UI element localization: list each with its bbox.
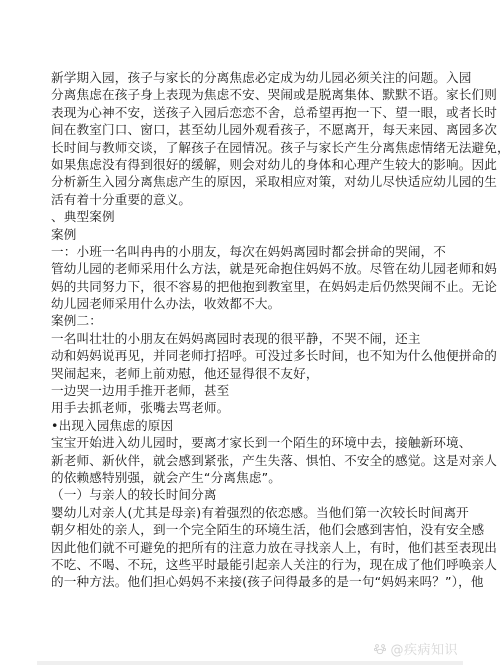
text-line: 朝夕相处的亲人，到一个完全陌生的环境生活，他们会感到害怕，没有安全感 <box>51 521 491 538</box>
section-heading: 、典型案例 <box>51 208 491 225</box>
text-line: 婴幼儿对亲人(尤其是母亲)有着强烈的依恋感。当他们第一次较长时间离开 <box>51 504 491 521</box>
text-line: 因此他们就不可避免的把所有的注意力放在寻找亲人上，有时，他们甚至表现出 <box>51 539 491 556</box>
text-line: 动和妈妈说再见，并同老师打招呼。可没过多长时间，也不知为什么他便拼命的 <box>51 347 491 364</box>
watermark-text: @疾病知识 <box>390 643 458 658</box>
text-line: 妈的共同努力下，很不容易的把他抱到教室里，在妈妈走后仍然哭闹不止。无论 <box>51 278 491 295</box>
text-line: 用手去抓老师，张嘴去骂老师。 <box>51 399 491 416</box>
text-line: 管幼儿园的老师采用什么方法，就是死命抱住妈妈不放。尽管在幼儿园老师和妈 <box>51 260 491 277</box>
text-line: 长时间与教师交谈，了解孩子在园情况。孩子与家长产生分离焦虑情绪无法避免， <box>51 139 491 156</box>
text-line: 间在教室门口、窗口，甚至幼儿园外观看孩子，不愿离开，每天来园、离园多次 <box>51 121 491 138</box>
document-body: 新学期入园，孩子与家长的分离焦虑必定成为幼儿园必须关注的问题。入园 分离焦虑在孩… <box>51 69 491 591</box>
text-line: 表现为心神不安，送孩子入园后恋恋不舍，总希望再抱一下、望一眼，或者长时 <box>51 104 491 121</box>
text-line: 一名叫壮壮的小朋友在妈妈离园时表现的很平静，不哭不闹，还主 <box>51 330 491 347</box>
text-line: 分离焦虑在孩子身上表现为焦虑不安、哭闹或是脱离集体、默默不语。家长们则 <box>51 86 491 103</box>
case-label: 案例二： <box>51 312 491 329</box>
text-line: 活有着十分重要的意义。 <box>51 191 491 208</box>
bottom-divider <box>37 661 463 665</box>
paw-icon <box>374 643 391 658</box>
text-line: 新学期入园，孩子与家长的分离焦虑必定成为幼儿园必须关注的问题。入园 <box>51 69 491 86</box>
watermark: @疾病知识 <box>374 639 458 658</box>
case-label: 案例 <box>51 226 491 243</box>
subsection-heading: （一）与亲人的较长时间分离 <box>51 486 491 503</box>
section-heading: •出现入园焦虑的原因 <box>51 417 491 434</box>
text-line: 如果焦虑没有得到很好的缓解，则会对幼儿的身体和心理产生较大的影响。因此 <box>51 156 491 173</box>
text-line: 的依赖感特别强，就会产生“分离焦虑”。 <box>51 469 491 486</box>
text-line: 的一种方法。他们担心妈妈不来接(孩子问得最多的是一句“妈妈来吗？”），他 <box>51 573 491 590</box>
text-line: 幼儿园老师采用什么办法，收效都不大。 <box>51 295 491 312</box>
text-line: 一边哭一边用手推开老师，甚至 <box>51 382 491 399</box>
text-line: 新老师、新伙伴，就会感到紧张，产生失落、惧怕、不安全的感觉。这是对亲人 <box>51 452 491 469</box>
text-line: 不吃、不喝、不玩，这些平时最能引起亲人关注的行为，现在成了他们呼唤亲人 <box>51 556 491 573</box>
text-line: 宝宝开始进入幼儿园时，要离才家长到一个陌生的环境中去，接触新环境、 <box>51 434 491 451</box>
text-line: 分析新生入园分离焦虑产生的原因，采取相应对策，对幼儿尽快适应幼儿园的生 <box>51 173 491 190</box>
text-line: 一：小班一名叫冉冉的小朋友，每次在妈妈离园时都会拼命的哭闹，不 <box>51 243 491 260</box>
text-line: 哭闹起来，老师上前劝慰，他还显得很不友好， <box>51 365 491 382</box>
